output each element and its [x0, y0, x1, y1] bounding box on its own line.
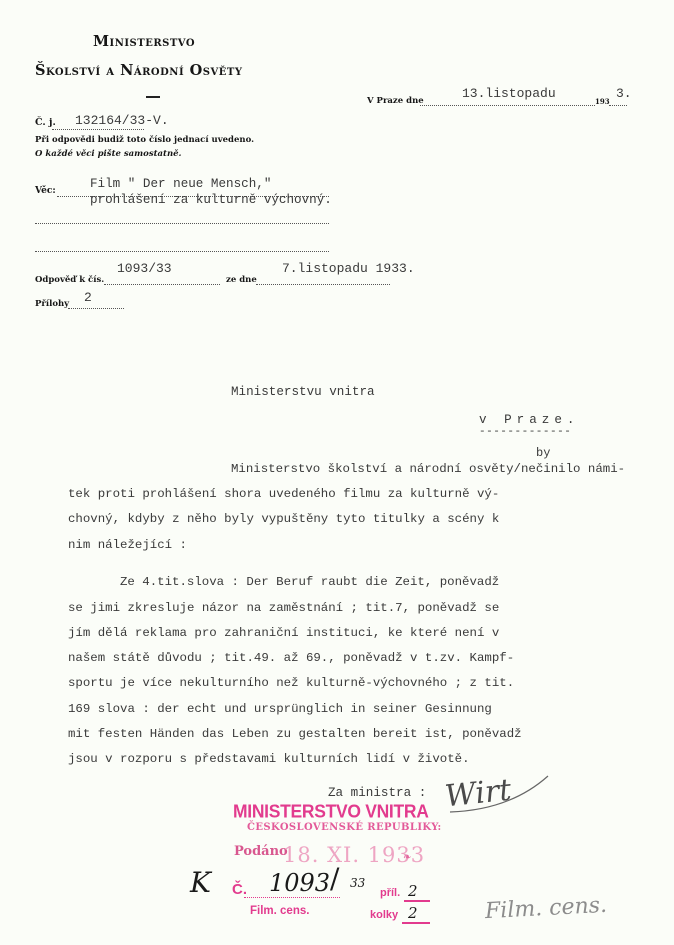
- paragraph-2-line-3: jím dělá reklama pro zahraniční instituc…: [68, 621, 499, 646]
- date-dotted-line: [420, 104, 595, 106]
- stamp-attach-value: 2: [408, 882, 418, 900]
- reply-label: Odpověď k čís.: [35, 275, 104, 285]
- reference-note-1: Při odpovědi budiž toto číslo jednací uv…: [35, 135, 254, 145]
- paragraph-1-line-4: nim náležející :: [68, 533, 187, 558]
- stamp-line-1: MINISTERSTVO VNITRA: [233, 800, 429, 822]
- reference-note-2: O každé věci pište samostatně.: [35, 149, 182, 159]
- reply-dotted-line: [104, 283, 220, 285]
- signature-flourish: [420, 770, 560, 820]
- stamp-number-dotted-line: [244, 897, 340, 898]
- subject-label: Věc:: [35, 186, 56, 196]
- stamp-department: Film. cens.: [250, 905, 309, 917]
- stamp-line-2: ČESKOSLOVENSKÉ REPUBLIKY:: [247, 822, 442, 833]
- reply-date-dotted-line: [256, 283, 390, 285]
- subject-dotted-line-2: [35, 222, 329, 224]
- paragraph-1-line-1: Ministerstvo školství a národní osvěty/n…: [231, 457, 625, 482]
- paragraph-2-line-4: našem státě důvodu ; tit.49. až 69., pon…: [68, 646, 514, 671]
- addressee-underline: -------------: [479, 426, 571, 438]
- paragraph-2-line-6: 169 slova : der echt und ursprünglich in…: [68, 697, 492, 722]
- reply-number: 1093/33: [117, 261, 172, 276]
- paragraph-2-line-7: mit festen Händen das Leben zu gestalten…: [68, 722, 522, 747]
- stamp-mark: K: [190, 866, 211, 899]
- signature-label: Za ministra :: [328, 786, 426, 800]
- reply-date-label: ze dne: [226, 275, 257, 285]
- paragraph-2-line-5: sportu je více nekulturního než kulturně…: [68, 671, 514, 696]
- reply-date: 7.listopadu 1933.: [282, 261, 415, 276]
- cj-value: 132164/33-V.: [75, 113, 169, 128]
- stamp-number-label: Č.: [232, 881, 247, 898]
- subject-line-1: Film " Der neue Mensch,": [90, 177, 271, 191]
- stamp-stamps-underline: [402, 922, 430, 924]
- letterhead-line2: Školství a Národní Osvěty: [35, 62, 242, 79]
- stamp-number-suffix: 33: [350, 876, 365, 890]
- paragraph-1-line-3: chovný, kdyby z něho byly vypuštěny tyto…: [68, 507, 499, 532]
- pencil-note: Film. cens.: [484, 893, 607, 924]
- paragraph-2-line-2: se jimi zkresluje názor na zaměstnání ; …: [68, 596, 499, 621]
- stamp-number-slash: /: [330, 862, 339, 895]
- addressee-city: v Praze.: [479, 413, 579, 427]
- letterhead-divider: [146, 96, 160, 98]
- stamp-stamps-label: kolky: [370, 909, 398, 921]
- letterhead-line1: Ministerstvo: [93, 33, 195, 50]
- attachments-dotted-line: [68, 307, 124, 309]
- date-year-prefix: 193: [595, 97, 610, 106]
- stamp-filed-label: Podáno: [234, 844, 288, 859]
- stamp-attach-underline: [404, 900, 430, 902]
- subject-line-2: prohlášení za kulturně výchovný.: [90, 193, 332, 207]
- attachments-count: 2: [84, 290, 92, 305]
- date-day-month: 13.listopadu: [462, 86, 556, 101]
- cj-dotted-line: [52, 128, 144, 130]
- subject-dotted-line-3: [35, 250, 329, 252]
- stamp-stamps-value: 2: [408, 904, 418, 922]
- stamp-number-handwritten: 1093: [269, 869, 330, 897]
- paragraph-2-line-8: jsou v rozporu s představami kulturních …: [68, 747, 470, 772]
- paragraph-2-line-1: Ze 4.tit.slova : Der Beruf raubt die Zei…: [120, 570, 499, 595]
- paragraph-1-line-2: tek proti prohlášení shora uvedeného fil…: [68, 482, 499, 507]
- cj-label: Č. j.: [35, 117, 56, 128]
- addressee-name: Ministerstvu vnitra: [231, 385, 375, 399]
- year-dotted-line: [609, 104, 627, 106]
- stamp-attach-label: příl.: [380, 887, 400, 899]
- attachments-label: Přílohy: [35, 299, 69, 309]
- stamp-ornament-icon: ❧: [403, 852, 411, 863]
- date-label: V Praze dne: [367, 96, 424, 106]
- date-year-suffix: 3.: [616, 86, 632, 101]
